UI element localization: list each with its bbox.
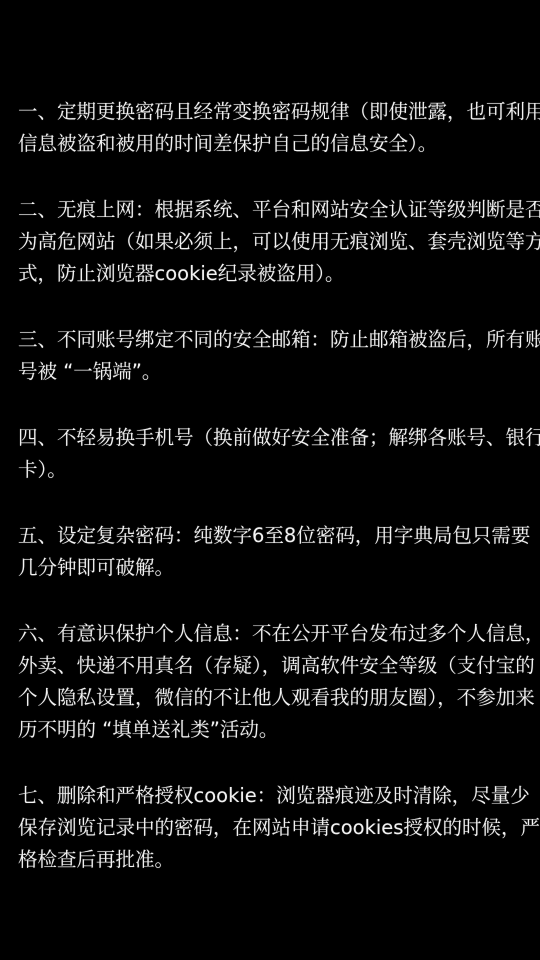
tip-line: 卡）。 xyxy=(18,454,534,486)
tip-1-change-passwords: 一、定期更换密码且经常变换密码规律（即使泄露，也可利用 信息被盗和被用的时间差保… xyxy=(18,96,534,160)
tip-line: 五、设定复杂密码：纯数字6至8位密码，用字典局包只需要 xyxy=(18,520,534,552)
tip-line: 三、不同账号绑定不同的安全邮箱：防止邮箱被盗后，所有账 xyxy=(18,324,534,356)
tip-line: 为高危网站（如果必须上，可以使用无痕浏览、套壳浏览等方 xyxy=(18,226,534,258)
tip-line: 个人隐私设置，微信的不让他人观看我的朋友圈），不参加来 xyxy=(18,682,534,714)
tip-line: 号被 “一锅端”。 xyxy=(18,356,534,388)
tip-line: 信息被盗和被用的时间差保护自己的信息安全）。 xyxy=(18,128,534,160)
tip-line: 二、无痕上网：根据系统、平台和网站安全认证等级判断是否 xyxy=(18,194,534,226)
tip-line: 外卖、快递不用真名（存疑），调高软件安全等级（支付宝的 xyxy=(18,650,534,682)
tip-line: 格检查后再批准。 xyxy=(18,844,534,876)
tip-3-separate-emails: 三、不同账号绑定不同的安全邮箱：防止邮箱被盗后，所有账 号被 “一锅端”。 xyxy=(18,324,534,388)
tip-line: 式，防止浏览器cookie纪录被盗用）。 xyxy=(18,258,534,290)
tip-6-personal-info: 六、有意识保护个人信息：不在公开平台发布过多个人信息， 外卖、快递不用真名（存疑… xyxy=(18,618,534,746)
tip-line: 一、定期更换密码且经常变换密码规律（即使泄露，也可利用 xyxy=(18,96,534,128)
tip-7-cookies: 七、删除和严格授权cookie：浏览器痕迹及时清除，尽量少 保存浏览记录中的密码… xyxy=(18,780,534,876)
tip-line: 几分钟即可破解。 xyxy=(18,552,534,584)
tip-5-complex-password: 五、设定复杂密码：纯数字6至8位密码，用字典局包只需要 几分钟即可破解。 xyxy=(18,520,534,584)
tip-line: 保存浏览记录中的密码，在网站申请cookies授权的时候，严 xyxy=(18,812,534,844)
tip-line: 历不明的 “填单送礼类”活动。 xyxy=(18,714,534,746)
tip-2-incognito-browsing: 二、无痕上网：根据系统、平台和网站安全认证等级判断是否 为高危网站（如果必须上，… xyxy=(18,194,534,290)
tip-line: 六、有意识保护个人信息：不在公开平台发布过多个人信息， xyxy=(18,618,534,650)
tip-line: 七、删除和严格授权cookie：浏览器痕迹及时清除，尽量少 xyxy=(18,780,534,812)
tip-line: 四、不轻易换手机号（换前做好安全准备；解绑各账号、银行 xyxy=(18,422,534,454)
tip-4-phone-number: 四、不轻易换手机号（换前做好安全准备；解绑各账号、银行 卡）。 xyxy=(18,422,534,486)
security-tips-document: 一、定期更换密码且经常变换密码规律（即使泄露，也可利用 信息被盗和被用的时间差保… xyxy=(18,96,534,910)
